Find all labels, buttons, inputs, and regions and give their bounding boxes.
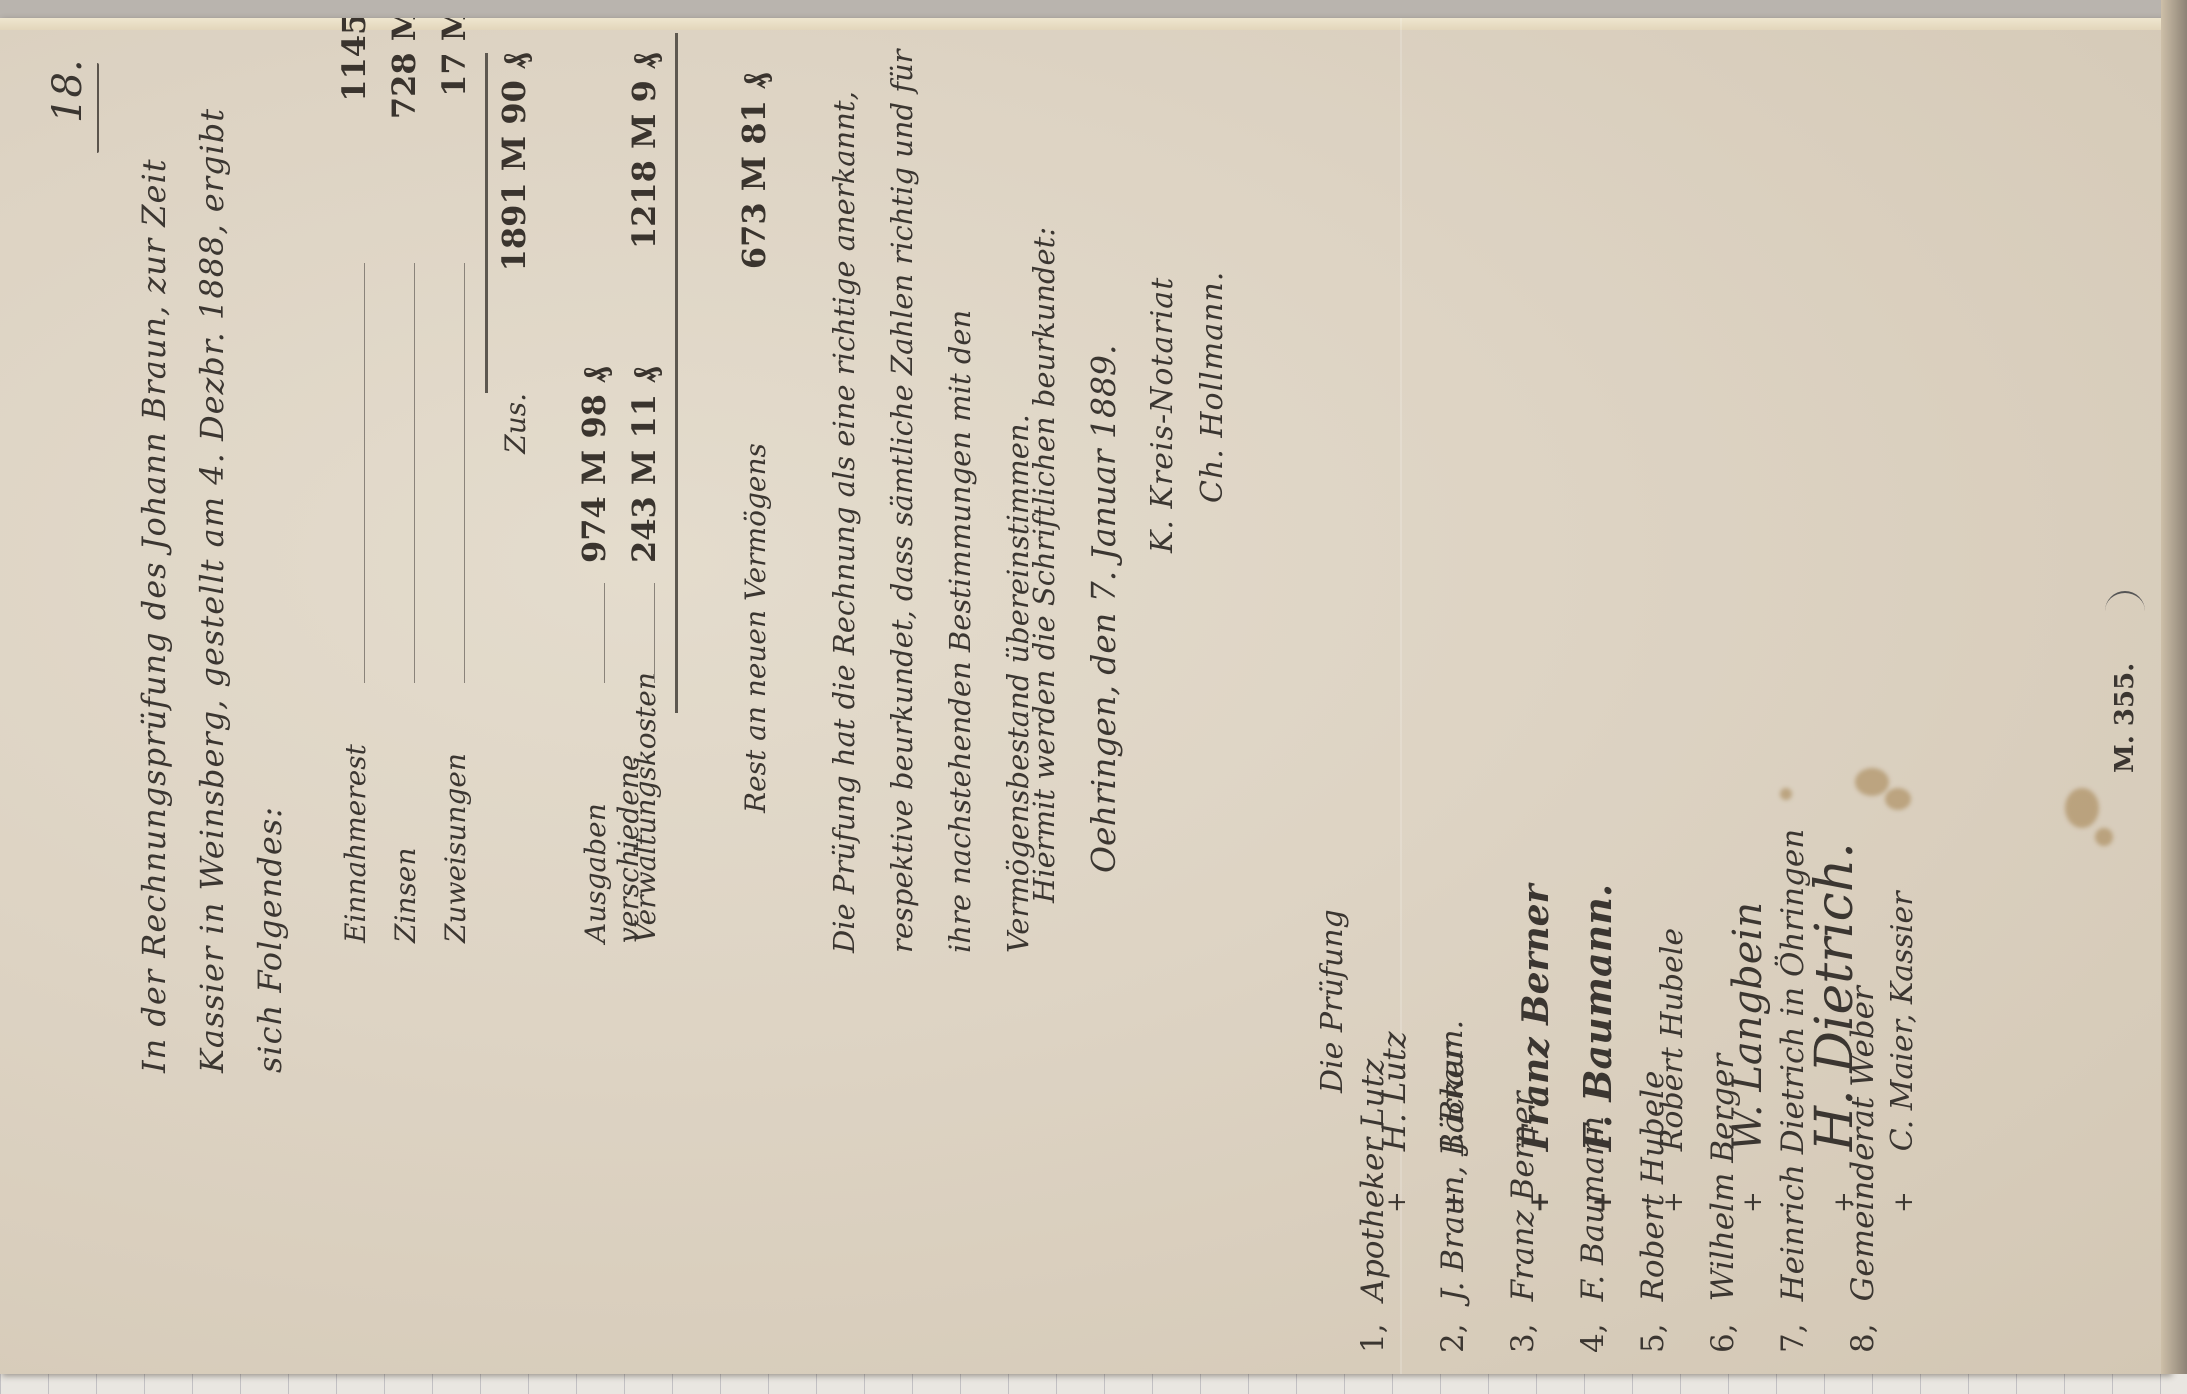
expense-label: Verwaltungskosten bbox=[629, 683, 662, 943]
signature-name: F. Baumann. bbox=[1575, 884, 1620, 1151]
member-name: Wilhelm Berger bbox=[1705, 1054, 1741, 1302]
member-name: F. Baumann bbox=[1575, 1116, 1611, 1301]
certification-line: Hiermit werden die Schriftlichen beurkun… bbox=[1015, 103, 1073, 903]
archive-reference: M. 355. bbox=[2110, 663, 2140, 773]
leader-line bbox=[464, 263, 465, 683]
signatures-heading: Die Prüfung bbox=[1315, 909, 1350, 1093]
list-item: 2,J. Braun, Bäcker bbox=[1435, 1045, 1471, 1353]
underlying-page-edge bbox=[2161, 0, 2187, 1374]
expense-total-row: 1218 M 9 ₰ bbox=[625, 53, 663, 373]
sheet-edge bbox=[0, 18, 2170, 30]
balance-row: Rest an neuen Vermögens 673 M 81 ₰ bbox=[735, 73, 773, 813]
income-row: Zuweisungen 17 M 95 ₰ bbox=[435, 18, 473, 943]
notary-name: Ch. Hollmann. bbox=[1195, 271, 1230, 503]
member-name: Apotheker Lutz bbox=[1355, 1059, 1391, 1302]
signature: +C. Maier, Kassier bbox=[1885, 891, 1920, 1213]
income-label: Zuweisungen bbox=[439, 683, 472, 943]
list-item: 3,Franz Berner bbox=[1505, 1091, 1541, 1353]
place-date: Oehringen, den 7. Januar 1889. bbox=[1075, 73, 1133, 873]
expense-amount: 243 M 11 ₰ bbox=[625, 343, 663, 563]
list-item: 5,Robert Hubele bbox=[1635, 1071, 1671, 1353]
expense-row: Verwaltungskosten 243 M 11 ₰ bbox=[625, 343, 663, 943]
cross-mark-icon: + bbox=[1889, 1191, 1919, 1213]
intro-paragraph: In der Rechnungsprüfung des Johann Braun… bbox=[125, 53, 299, 1073]
approval-paragraph: Die Prüfung hat die Rechnung als eine ri… bbox=[815, 33, 1047, 953]
balance-amount: 673 M 81 ₰ bbox=[735, 73, 773, 393]
leader-line bbox=[654, 583, 655, 683]
income-amount: 1145 M — bbox=[335, 18, 373, 243]
income-amount: 17 M 95 ₰ bbox=[435, 18, 473, 243]
notary-office: K. Kreis-Notariat bbox=[1145, 277, 1180, 553]
page-number: 18. bbox=[45, 59, 91, 123]
leader-line bbox=[414, 263, 415, 683]
leader-line bbox=[364, 263, 365, 683]
page-number-flourish bbox=[97, 63, 99, 153]
cross-mark-icon: + bbox=[1738, 1191, 1768, 1213]
sum-rule bbox=[485, 53, 488, 393]
list-item: 6,Wilhelm Berger bbox=[1705, 1054, 1741, 1353]
sum-rule bbox=[675, 33, 678, 713]
signature-name: C. Maier, Kassier bbox=[1885, 891, 1920, 1151]
list-item: 4,F. Baumann bbox=[1575, 1116, 1611, 1353]
income-total-row: Zus. 1891 M 90 ₰ bbox=[495, 53, 533, 673]
income-amount: 728 M 95 ₰ bbox=[385, 18, 423, 243]
rotated-document-content: 18. In der Rechnungsprüfung des Johann B… bbox=[15, 33, 2155, 1373]
member-name: Robert Hubele bbox=[1635, 1071, 1671, 1302]
income-label: Einnahmerest bbox=[339, 683, 372, 943]
list-item: 7,Heinrich Dietrich in Öhringen bbox=[1775, 829, 1811, 1353]
expense-total: 1218 M 9 ₰ bbox=[625, 53, 663, 373]
income-row: Einnahmerest 1145 M — bbox=[335, 18, 373, 943]
member-name: Franz Berner bbox=[1505, 1091, 1541, 1301]
list-item: 8,Gemeinderat Weber bbox=[1845, 986, 1881, 1353]
income-total: 1891 M 90 ₰ bbox=[495, 53, 533, 373]
list-item: 1,Apotheker Lutz bbox=[1355, 1059, 1391, 1353]
member-name: Gemeinderat Weber bbox=[1845, 986, 1881, 1301]
document-sheet: 18. In der Rechnungsprüfung des Johann B… bbox=[0, 18, 2170, 1374]
grid-paper-strip bbox=[0, 1372, 2187, 1394]
leader-line bbox=[604, 583, 605, 683]
member-name: Heinrich Dietrich in Öhringen bbox=[1775, 829, 1811, 1302]
income-row: Zinsen 728 M 95 ₰ bbox=[385, 18, 423, 943]
total-label: Zus. bbox=[499, 373, 532, 673]
income-label: Zinsen bbox=[389, 683, 422, 943]
balance-label: Rest an neuen Vermögens bbox=[739, 393, 772, 813]
member-name: J. Braun, Bäcker bbox=[1435, 1045, 1471, 1301]
expense-amount: 974 M 98 ₰ bbox=[575, 343, 613, 563]
